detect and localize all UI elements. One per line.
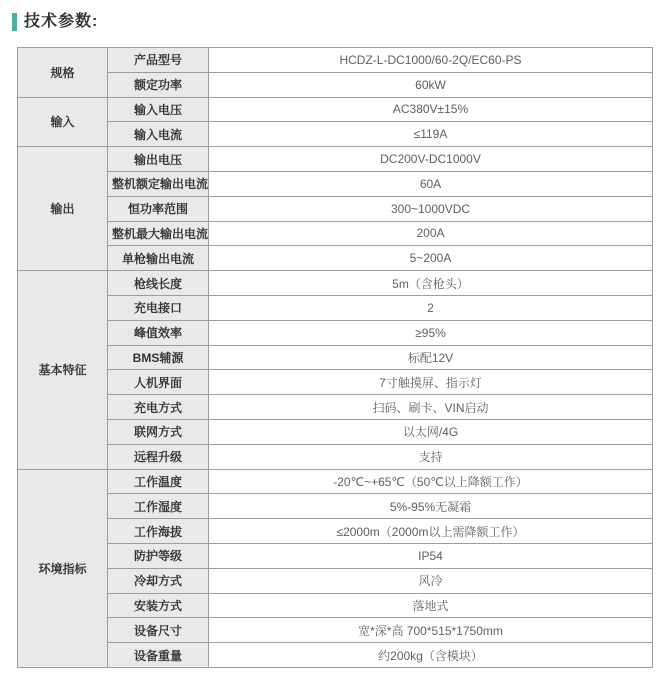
value-cell: 落地式 [209,593,653,618]
param-cell: 单枪输出电流 [108,246,209,271]
table-row: 输入电流≤119A [18,122,653,147]
param-cell: 充电方式 [108,395,209,420]
param-cell: 产品型号 [108,48,209,73]
param-cell: BMS辅源 [108,345,209,370]
table-row: 环境指标工作温度-20℃~+65℃（50℃以上降额工作） [18,469,653,494]
table-row: 设备重量约200kg（含模块） [18,643,653,668]
param-cell: 输入电压 [108,97,209,122]
value-cell: AC380V±15% [209,97,653,122]
table-row: 整机最大输出电流200A [18,221,653,246]
value-cell: ≥95% [209,320,653,345]
value-cell: 5m（含枪头） [209,271,653,296]
value-cell: 7寸触摸屏、指示灯 [209,370,653,395]
value-cell: 扫码、刷卡、VIN启动 [209,395,653,420]
value-cell: 2 [209,295,653,320]
value-cell: 5~200A [209,246,653,271]
param-cell: 工作海拔 [108,519,209,544]
param-cell: 整机额定输出电流 [108,171,209,196]
value-cell: -20℃~+65℃（50℃以上降额工作） [209,469,653,494]
param-cell: 设备尺寸 [108,618,209,643]
table-row: 工作湿度5%-95%无凝霜 [18,494,653,519]
table-row: 设备尺寸宽*深*高 700*515*1750mm [18,618,653,643]
spec-table-body: 规格产品型号HCDZ-L-DC1000/60-2Q/EC60-PS额定功率60k… [18,48,653,668]
table-row: 防护等级IP54 [18,543,653,568]
table-row: 冷却方式风冷 [18,568,653,593]
param-cell: 设备重量 [108,643,209,668]
value-cell: 约200kg（含模块） [209,643,653,668]
table-row: 基本特征枪线长度5m（含枪头） [18,271,653,296]
table-row: 充电接口2 [18,295,653,320]
value-cell: ≤119A [209,122,653,147]
value-cell: 300~1000VDC [209,196,653,221]
value-cell: 60kW [209,72,653,97]
table-row: 峰值效率≥95% [18,320,653,345]
table-row: 输出输出电压DC200V-DC1000V [18,147,653,172]
param-cell: 冷却方式 [108,568,209,593]
table-row: 恒功率范围300~1000VDC [18,196,653,221]
category-cell: 输出 [18,147,108,271]
param-cell: 输入电流 [108,122,209,147]
value-cell: 支持 [209,444,653,469]
table-row: 安装方式落地式 [18,593,653,618]
table-row: 整机额定输出电流60A [18,171,653,196]
param-cell: 防护等级 [108,543,209,568]
value-cell: ≤2000m（2000m以上需降额工作） [209,519,653,544]
param-cell: 充电接口 [108,295,209,320]
param-cell: 枪线长度 [108,271,209,296]
value-cell: DC200V-DC1000V [209,147,653,172]
title-accent-bar [12,13,17,31]
value-cell: 宽*深*高 700*515*1750mm [209,618,653,643]
category-cell: 环境指标 [18,469,108,667]
table-row: 人机界面7寸触摸屏、指示灯 [18,370,653,395]
table-row: 充电方式扫码、刷卡、VIN启动 [18,395,653,420]
param-cell: 人机界面 [108,370,209,395]
spec-table: 规格产品型号HCDZ-L-DC1000/60-2Q/EC60-PS额定功率60k… [17,47,653,668]
category-cell: 基本特征 [18,271,108,469]
param-cell: 联网方式 [108,419,209,444]
value-cell: 风冷 [209,568,653,593]
page-title: 技术参数: [24,12,98,32]
param-cell: 工作温度 [108,469,209,494]
table-row: 输入输入电压AC380V±15% [18,97,653,122]
value-cell: 以太网/4G [209,419,653,444]
param-cell: 恒功率范围 [108,196,209,221]
value-cell: 5%-95%无凝霜 [209,494,653,519]
param-cell: 峰值效率 [108,320,209,345]
section-title-row: 技术参数: [12,12,661,32]
category-cell: 规格 [18,48,108,98]
param-cell: 额定功率 [108,72,209,97]
table-row: 额定功率60kW [18,72,653,97]
param-cell: 安装方式 [108,593,209,618]
value-cell: 200A [209,221,653,246]
table-row: BMS辅源标配12V [18,345,653,370]
table-row: 远程升级支持 [18,444,653,469]
value-cell: IP54 [209,543,653,568]
value-cell: 标配12V [209,345,653,370]
param-cell: 输出电压 [108,147,209,172]
param-cell: 远程升级 [108,444,209,469]
table-row: 联网方式以太网/4G [18,419,653,444]
value-cell: 60A [209,171,653,196]
table-row: 规格产品型号HCDZ-L-DC1000/60-2Q/EC60-PS [18,48,653,73]
table-row: 单枪输出电流5~200A [18,246,653,271]
param-cell: 工作湿度 [108,494,209,519]
table-row: 工作海拔≤2000m（2000m以上需降额工作） [18,519,653,544]
category-cell: 输入 [18,97,108,147]
value-cell: HCDZ-L-DC1000/60-2Q/EC60-PS [209,48,653,73]
param-cell: 整机最大输出电流 [108,221,209,246]
